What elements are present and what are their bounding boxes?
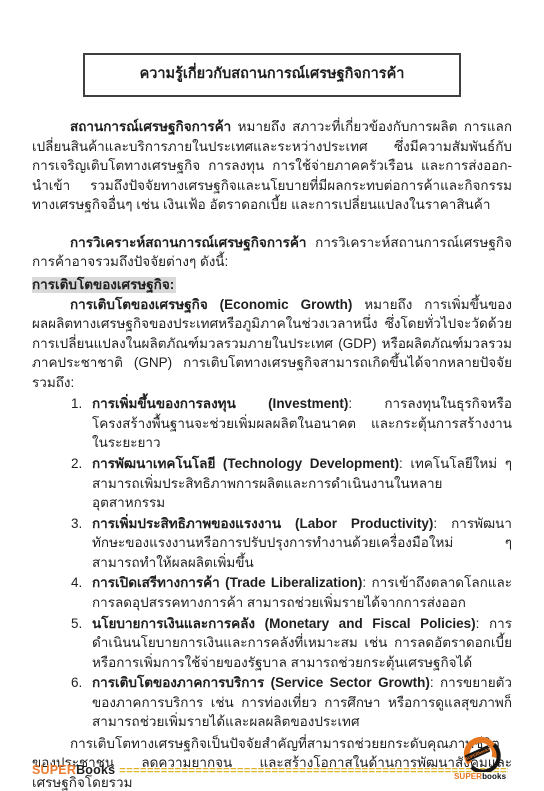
list-item-number: 2. — [71, 454, 82, 474]
list-item: 4.การเปิดเสรีทางการค้า (Trade Liberaliza… — [32, 573, 512, 612]
list-item-lead: การเปิดเสรีทางการค้า (Trade Liberalizati… — [92, 575, 362, 590]
paragraph-definition-lead: สถานการณ์เศรษฐกิจการค้า — [70, 119, 231, 134]
footer-brand: SUPERBooks — [32, 761, 115, 779]
list-item-lead: การเพิ่มประสิทธิภาพของแรงงาน (Labor Prod… — [92, 516, 433, 531]
list-item: 3.การเพิ่มประสิทธิภาพของแรงงาน (Labor Pr… — [32, 514, 512, 573]
list-item-number: 3. — [71, 514, 82, 534]
superbooks-logo: SUPERbooks SUPERbooks — [454, 732, 506, 781]
list-item: 2.การพัฒนาเทคโนโลยี (Technology Developm… — [32, 454, 512, 513]
footer-divider-dashes: ========================================… — [119, 764, 508, 780]
list-item: 6.การเติบโตของภาคการบริการ (Service Sect… — [32, 673, 512, 732]
page-title: ความรู้เกี่ยวกับสถานการณ์เศรษฐกิจการค้า — [83, 53, 461, 97]
logo-label-books: books — [482, 772, 506, 781]
list-item-lead: การเติบโตของภาคการบริการ (Service Sector… — [92, 675, 430, 690]
list-item-number: 5. — [71, 614, 82, 634]
list-item-number: 1. — [71, 394, 82, 414]
factor-list: 1.การเพิ่มขึ้นของการลงทุน (Investment): … — [32, 394, 512, 732]
paragraph-definition: สถานการณ์เศรษฐกิจการค้า หมายถึง สภาวะที่… — [32, 117, 512, 215]
footer-brand-books: Books — [76, 763, 115, 777]
superbooks-logo-label: SUPERbooks — [454, 773, 506, 781]
footer: SUPERBooks =============================… — [32, 761, 508, 780]
superbooks-logo-icon: SUPERbooks — [458, 732, 502, 772]
list-item-lead: นโยบายการเงินและการคลัง (Monetary and Fi… — [92, 616, 476, 631]
list-item: 1.การเพิ่มขึ้นของการลงทุน (Investment): … — [32, 394, 512, 453]
list-item-lead: การพัฒนาเทคโนโลยี (Technology Developmen… — [92, 456, 399, 471]
logo-label-super: SUPER — [454, 772, 482, 781]
list-item-number: 6. — [71, 673, 82, 693]
paragraph-analysis-lead: การวิเคราะห์สถานการณ์เศรษฐกิจการค้า — [70, 235, 306, 250]
list-item-number: 4. — [71, 573, 82, 593]
list-item: 5.นโยบายการเงินและการคลัง (Monetary and … — [32, 614, 512, 673]
paragraph-economic-growth-lead: การเติบโตของเศรษฐกิจ (Economic Growth) — [70, 297, 352, 312]
paragraph-economic-growth: การเติบโตของเศรษฐกิจ (Economic Growth) ห… — [32, 295, 512, 393]
list-item-lead: การเพิ่มขึ้นของการลงทุน (Investment) — [92, 396, 348, 411]
highlighted-heading-text: การเติบโตของเศรษฐกิจ: — [32, 277, 176, 293]
page-title-text: ความรู้เกี่ยวกับสถานการณ์เศรษฐกิจการค้า — [140, 66, 405, 82]
document-body: สถานการณ์เศรษฐกิจการค้า หมายถึง สภาวะที่… — [0, 117, 544, 791]
paragraph-analysis: การวิเคราะห์สถานการณ์เศรษฐกิจการค้า การว… — [32, 233, 512, 272]
highlighted-heading: การเติบโตของเศรษฐกิจ: — [32, 275, 512, 295]
footer-brand-super: SUPER — [32, 763, 76, 777]
